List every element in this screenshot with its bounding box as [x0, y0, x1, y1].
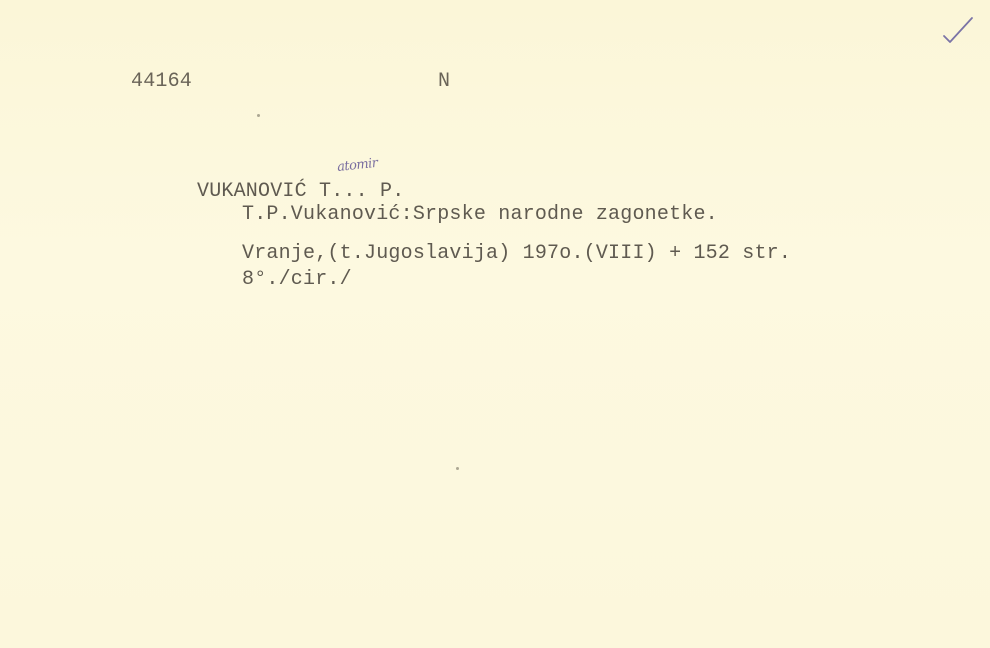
paper-speck: [456, 467, 459, 470]
accession-number: 44164: [131, 70, 192, 93]
imprint-line: Vranje,(t.Jugoslavija) 197o.(VIII) + 152…: [242, 242, 791, 265]
format-line: 8°./cir./: [242, 268, 352, 291]
catalog-card: 44164 N VUKANOVIĆ T... P. atomir T.P.Vuk…: [0, 0, 990, 648]
checkmark-icon: [938, 10, 978, 50]
author-heading: VUKANOVIĆ T... P.: [197, 180, 404, 203]
paper-speck: [257, 114, 260, 117]
flag-letter: N: [438, 70, 450, 93]
handwritten-annotation: atomir: [336, 156, 378, 175]
title-line: T.P.Vukanović:Srpske narodne zagonetke.: [242, 203, 718, 226]
